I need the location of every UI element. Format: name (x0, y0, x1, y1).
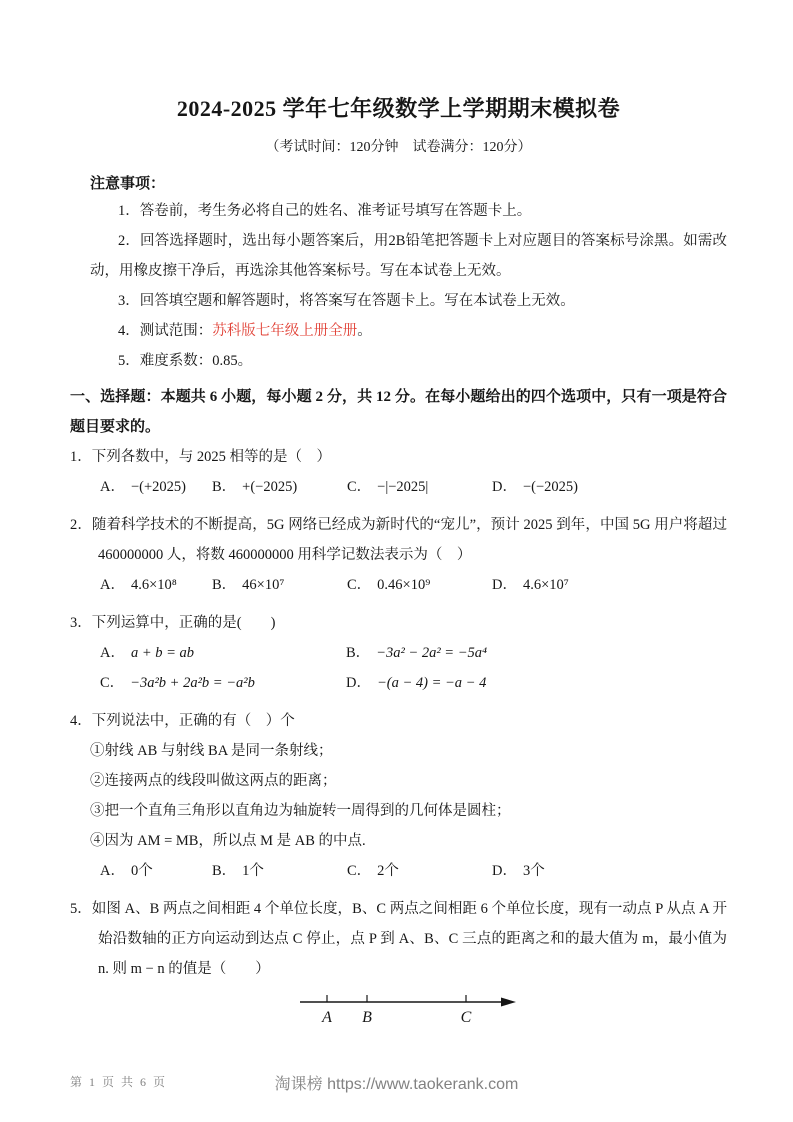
option-label: B． (346, 645, 370, 661)
option-label: D． (492, 577, 517, 593)
exam-paper-page: 2024-2025 学年七年级数学上学期期末模拟卷 （考试时间：120分钟 试卷… (0, 0, 793, 1122)
option-label: C． (347, 479, 371, 495)
option-label: D． (346, 675, 371, 691)
question-1-options: A．−(+2025) B．+(−2025) C．−|−2025| D．−(−20… (70, 472, 727, 502)
option-label: B． (212, 863, 236, 879)
option-a: A．a + b = ab (100, 638, 346, 668)
option-value: 1个 (242, 863, 264, 879)
option-value: 4.6×10⁸ (131, 577, 177, 593)
option-value: −3a² − 2a² = −5a⁴ (376, 645, 487, 661)
statement-1: ①射线 AB 与射线 BA 是同一条射线； (70, 736, 727, 766)
question-4: 4．下列说法中，正确的有（ ）个 ①射线 AB 与射线 BA 是同一条射线； ②… (70, 706, 727, 886)
notice-item-4-prefix: 4．测试范围： (118, 323, 212, 339)
option-b: B．+(−2025) (212, 472, 347, 502)
notice-item-4-scope: 苏科版七年级上册全册 (212, 323, 357, 339)
notice-item-1: 1．答卷前，考生务必将自己的姓名、准考证号填写在答题卡上。 (70, 196, 727, 226)
option-label: C． (347, 577, 371, 593)
statement-4: ④因为 AM = MB，所以点 M 是 AB 的中点. (70, 826, 727, 856)
option-label: C． (347, 863, 371, 879)
option-value: −(a − 4) = −a − 4 (377, 675, 486, 691)
option-label: C． (100, 675, 124, 691)
option-value: 46×10⁷ (242, 577, 284, 593)
option-a: A．−(+2025) (100, 472, 212, 502)
point-label-c: C (461, 1009, 472, 1026)
notice-item-2: 2．回答选择题时，选出每小题答案后，用2B铅笔把答题卡上对应题目的答案标号涂黑。… (70, 226, 727, 286)
option-c: C．2个 (347, 856, 492, 886)
option-a: A．4.6×10⁸ (100, 570, 212, 600)
option-value: 3个 (523, 863, 545, 879)
option-c: C．0.46×10⁹ (347, 570, 492, 600)
exam-meta: （考试时间：120分钟 试卷满分：120分） (70, 138, 727, 158)
question-2-text: 2．随着科学技术的不断提高，5G 网络已经成为新时代的“宠儿”，预计 2025 … (70, 510, 727, 570)
point-label-b: B (362, 1009, 372, 1026)
option-b: B．1个 (212, 856, 347, 886)
question-4-statements: ①射线 AB 与射线 BA 是同一条射线； ②连接两点的线段叫做这两点的距离； … (70, 736, 727, 856)
option-c: C．−3a²b + 2a²b = −a²b (100, 668, 346, 698)
statement-2: ②连接两点的线段叫做这两点的距离； (70, 766, 727, 796)
question-2: 2．随着科学技术的不断提高，5G 网络已经成为新时代的“宠儿”，预计 2025 … (70, 510, 727, 600)
option-value: a + b = ab (131, 645, 194, 661)
option-label: D． (492, 863, 517, 879)
option-value: 0个 (131, 863, 153, 879)
option-label: A． (100, 577, 125, 593)
page-content: 2024-2025 学年七年级数学上学期期末模拟卷 （考试时间：120分钟 试卷… (70, 94, 727, 1042)
question-5-text: 5．如图 A、B 两点之间相距 4 个单位长度，B、C 两点之间相距 6 个单位… (70, 894, 727, 984)
footer-site-link: 淘课榜 https://www.taokerank.com (0, 1071, 793, 1094)
option-d: D．−(a − 4) = −a − 4 (346, 668, 486, 698)
option-value: −|−2025| (377, 479, 428, 495)
notice-item-4: 4．测试范围：苏科版七年级上册全册。 (70, 316, 727, 346)
question-3: 3．下列运算中，正确的是( ) A．a + b = ab B．−3a² − 2a… (70, 608, 727, 698)
option-b: B．−3a² − 2a² = −5a⁴ (346, 638, 487, 668)
number-line-svg: A B C (298, 988, 528, 1034)
option-d: D．3个 (492, 856, 545, 886)
notice-item-5: 5．难度系数：0.85。 (70, 346, 727, 376)
question-3-text: 3．下列运算中，正确的是( ) (70, 608, 727, 638)
question-4-options: A．0个 B．1个 C．2个 D．3个 (70, 856, 727, 886)
option-label: B． (212, 577, 236, 593)
option-label: A． (100, 863, 125, 879)
option-value: −3a²b + 2a²b = −a²b (130, 675, 255, 691)
question-3-options-row-2: C．−3a²b + 2a²b = −a²b D．−(a − 4) = −a − … (70, 668, 727, 698)
question-1: 1．下列各数中，与 2025 相等的是（ ） A．−(+2025) B．+(−2… (70, 442, 727, 502)
option-label: A． (100, 479, 125, 495)
section-1-heading: 一、选择题：本题共 6 小题，每小题 2 分，共 12 分。在每小题给出的四个选… (70, 382, 727, 442)
notice-item-3: 3．回答填空题和解答题时，将答案写在答题卡上。写在本试卷上无效。 (70, 286, 727, 316)
notice-list: 1．答卷前，考生务必将自己的姓名、准考证号填写在答题卡上。 2．回答选择题时，选… (70, 196, 727, 376)
option-c: C．−|−2025| (347, 472, 492, 502)
option-value: 4.6×10⁷ (523, 577, 569, 593)
option-label: B． (212, 479, 236, 495)
option-b: B．46×10⁷ (212, 570, 347, 600)
question-3-options-row-1: A．a + b = ab B．−3a² − 2a² = −5a⁴ (70, 638, 727, 668)
question-1-text: 1．下列各数中，与 2025 相等的是（ ） (70, 442, 727, 472)
option-label: A． (100, 645, 125, 661)
notice-item-4-suffix: 。 (357, 323, 372, 339)
page-title: 2024-2025 学年七年级数学上学期期末模拟卷 (70, 94, 727, 124)
notice-heading: 注意事项： (90, 172, 727, 196)
statement-3: ③把一个直角三角形以直角边为轴旋转一周得到的几何体是圆柱； (70, 796, 727, 826)
option-value: 2个 (377, 863, 399, 879)
point-label-a: A (321, 1009, 332, 1026)
question-4-text: 4．下列说法中，正确的有（ ）个 (70, 706, 727, 736)
arrow-right-icon (501, 998, 516, 1007)
option-a: A．0个 (100, 856, 212, 886)
option-value: −(+2025) (131, 479, 186, 495)
question-2-options: A．4.6×10⁸ B．46×10⁷ C．0.46×10⁹ D．4.6×10⁷ (70, 570, 727, 600)
option-value: 0.46×10⁹ (377, 577, 430, 593)
option-d: D．−(−2025) (492, 472, 578, 502)
option-value: +(−2025) (242, 479, 297, 495)
question-5: 5．如图 A、B 两点之间相距 4 个单位长度，B、C 两点之间相距 6 个单位… (70, 894, 727, 1034)
option-label: D． (492, 479, 517, 495)
option-value: −(−2025) (523, 479, 578, 495)
option-d: D．4.6×10⁷ (492, 570, 569, 600)
number-line-figure: A B C (298, 988, 727, 1034)
